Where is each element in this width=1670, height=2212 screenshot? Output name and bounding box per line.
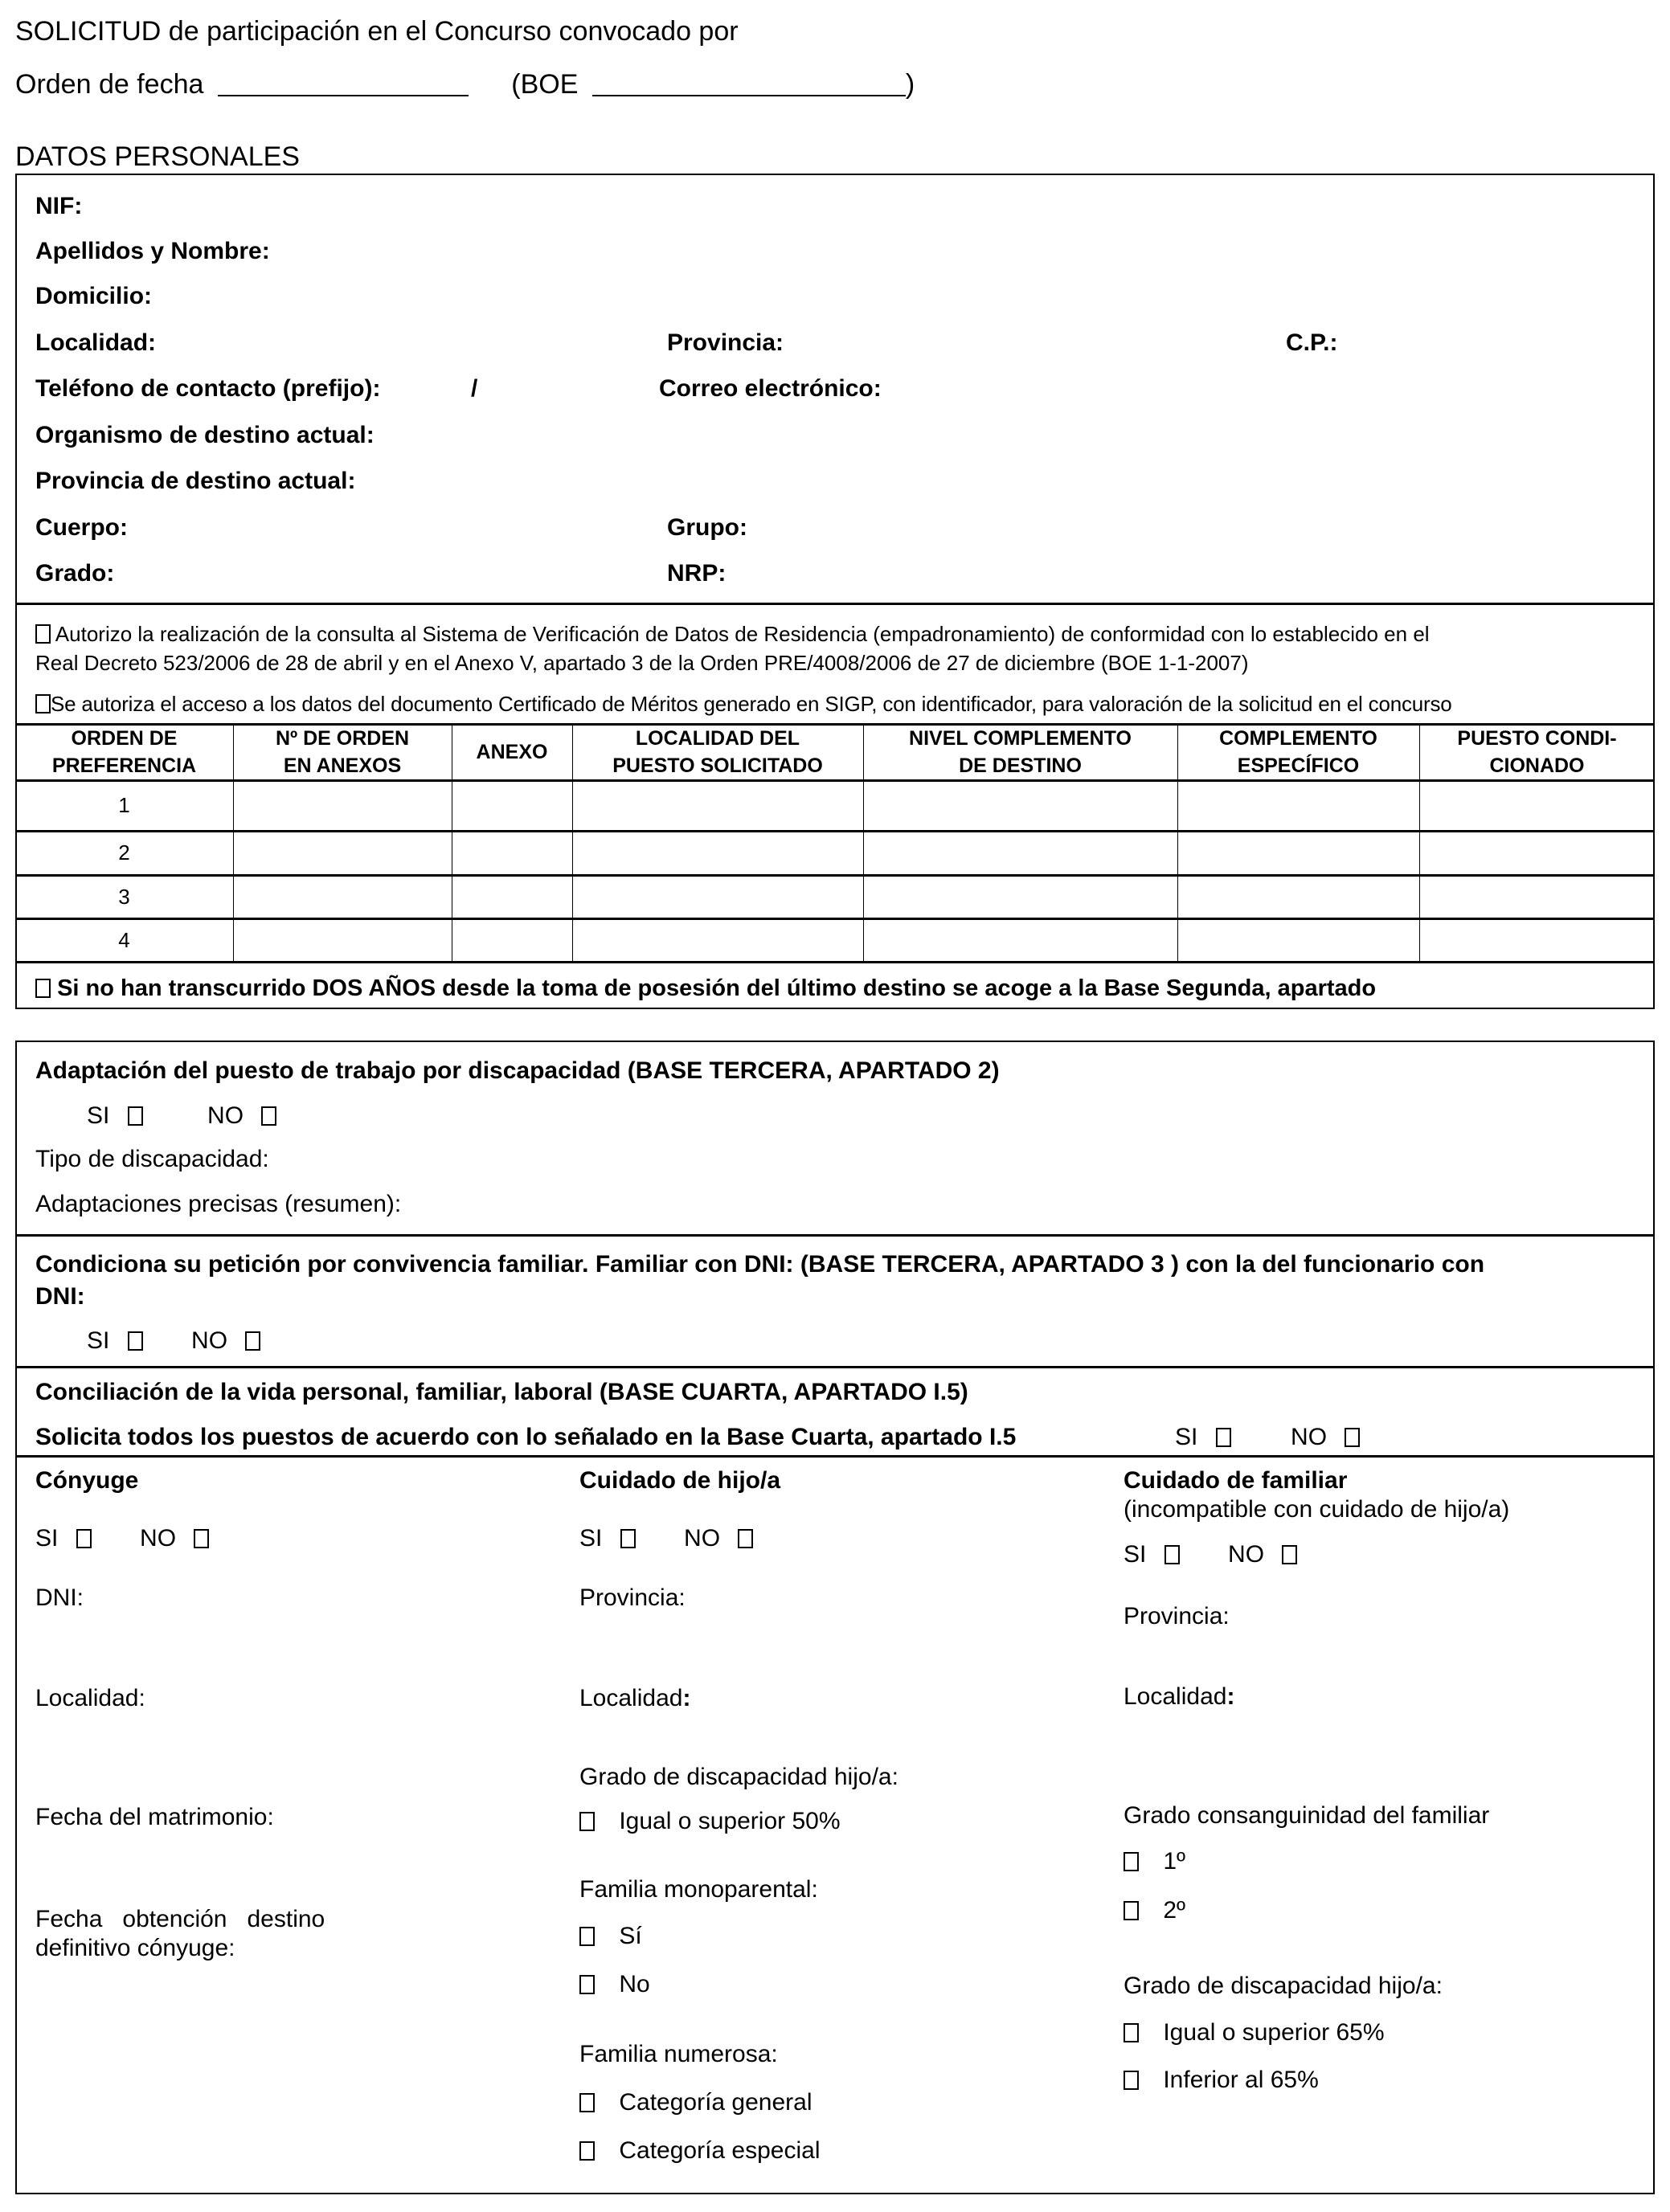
familiar-disc-65-label: Igual o superior 65%	[1163, 2019, 1384, 2046]
familiar-localidad-text: Localidad	[1124, 1683, 1226, 1710]
hijo-no-label: NO	[684, 1525, 720, 1552]
consent-residencia: Autorizo la realización de la consulta a…	[35, 622, 1430, 647]
table-cell[interactable]	[863, 780, 1177, 831]
consent-residencia-text-1: Autorizo la realización de la consulta a…	[55, 622, 1430, 646]
conciliacion-no-label: NO	[1291, 1424, 1327, 1450]
table-header: LOCALIDAD DELPUESTO SOLICITADO	[572, 724, 863, 780]
nrp-label[interactable]: NRP:	[667, 560, 726, 587]
numerosa-especial-checkbox[interactable]	[579, 2141, 595, 2161]
grado-1-label: 1º	[1163, 1848, 1185, 1875]
table-cell[interactable]	[572, 780, 863, 831]
familiar-disc-inf65-label: Inferior al 65%	[1163, 2067, 1318, 2093]
table-row-number: 2	[15, 831, 233, 875]
table-cell[interactable]	[1419, 831, 1655, 875]
familiar-disc-inf65: Inferior al 65%	[1124, 2067, 1319, 2094]
familiar-options: SI NO	[1124, 1541, 1297, 1568]
hijo-provincia-label[interactable]: Provincia:	[579, 1584, 686, 1612]
conyuge-title: Cónyuge	[35, 1467, 138, 1494]
hijo-si-label: SI	[579, 1525, 602, 1552]
table-cell[interactable]	[1177, 875, 1419, 918]
fecha-destino-label-1: Fecha obtención destino	[35, 1906, 325, 1933]
correo-label[interactable]: Correo electrónico:	[659, 375, 882, 403]
cp-label[interactable]: C.P.:	[1286, 329, 1337, 357]
table-cell[interactable]	[452, 918, 572, 962]
familiar-disc-65: Igual o superior 65%	[1124, 2019, 1385, 2046]
datos-personales-heading: DATOS PERSONALES	[15, 141, 300, 173]
telefono-separator: /	[471, 375, 477, 403]
nif-label[interactable]: NIF:	[35, 193, 82, 220]
hijo-localidad-text: Localidad	[579, 1685, 682, 1711]
divider	[15, 603, 1655, 605]
form-title: SOLICITUD de participación en el Concurs…	[15, 16, 739, 47]
table-header: COMPLEMENTOESPECÍFICO	[1177, 724, 1419, 780]
grupo-label[interactable]: Grupo:	[667, 514, 747, 542]
table-cell[interactable]	[233, 780, 452, 831]
domicilio-label[interactable]: Domicilio:	[35, 283, 152, 310]
table-cell[interactable]	[452, 780, 572, 831]
consent-residencia-text-2: Real Decreto 523/2006 de 28 de abril y e…	[35, 651, 1249, 676]
dos-anos-checkbox[interactable]	[35, 979, 51, 998]
hijo-grado-50-label: Igual o superior 50%	[619, 1808, 840, 1834]
adaptacion-title: Adaptación del puesto de trabajo por dis…	[35, 1057, 1000, 1085]
table-cell[interactable]	[863, 875, 1177, 918]
conyuge-no-label: NO	[140, 1525, 176, 1552]
convivencia-title-2: DNI:	[35, 1283, 85, 1310]
hijo-localidad-colon: :	[682, 1685, 690, 1711]
monoparental-no-checkbox[interactable]	[579, 1975, 595, 1994]
hijo-no-checkbox[interactable]	[738, 1529, 753, 1548]
hijo-localidad-label[interactable]: Localidad:	[579, 1685, 690, 1712]
numerosa-general-checkbox[interactable]	[579, 2093, 595, 2112]
conyuge-si-label: SI	[35, 1525, 58, 1552]
provincia-destino-label[interactable]: Provincia de destino actual:	[35, 468, 355, 495]
cuerpo-label[interactable]: Cuerpo:	[35, 514, 128, 542]
hijo-grado-option: Igual o superior 50%	[579, 1808, 841, 1835]
apellidos-label[interactable]: Apellidos y Nombre:	[35, 238, 270, 265]
solicita-todos-text: Solicita todos los puestos de acuerdo co…	[35, 1424, 1016, 1451]
adaptacion-options: SI NO	[87, 1102, 276, 1130]
table-cell[interactable]	[1177, 831, 1419, 875]
table-header: NIVEL COMPLEMENTODE DESTINO	[863, 724, 1177, 780]
fecha-matrimonio-label[interactable]: Fecha del matrimonio:	[35, 1804, 274, 1831]
numerosa-general: Categoría general	[579, 2089, 812, 2116]
adaptacion-no-label: NO	[207, 1102, 244, 1129]
monoparental-label: Familia monoparental:	[579, 1876, 818, 1903]
grado-1-checkbox[interactable]	[1124, 1852, 1139, 1871]
familiar-disc-65-checkbox[interactable]	[1124, 2023, 1139, 2042]
boe-open-label: (BOE	[511, 69, 578, 100]
numerosa-especial-label: Categoría especial	[619, 2137, 820, 2164]
table-cell[interactable]	[1177, 918, 1419, 962]
numerosa-label: Familia numerosa:	[579, 2041, 778, 2068]
conyuge-no-checkbox[interactable]	[194, 1529, 209, 1548]
table-cell[interactable]	[572, 875, 863, 918]
table-cell[interactable]	[233, 831, 452, 875]
familiar-si-label: SI	[1124, 1541, 1146, 1568]
hijo-grado-50-checkbox[interactable]	[579, 1812, 595, 1831]
adaptacion-no-checkbox[interactable]	[261, 1106, 276, 1126]
familiar-grado-disc-label: Grado de discapacidad hijo/a:	[1124, 1973, 1443, 2000]
monoparental-no-label: No	[619, 1971, 649, 1997]
grado-2-label: 2º	[1163, 1897, 1185, 1924]
consent-residencia-checkbox[interactable]	[35, 624, 51, 644]
convivencia-si-label: SI	[87, 1327, 109, 1354]
consanguinidad-label: Grado consanguinidad del familiar	[1124, 1802, 1489, 1830]
convivencia-no-checkbox[interactable]	[245, 1331, 260, 1351]
orden-fecha-field[interactable]	[218, 71, 469, 96]
adaptaciones-label[interactable]: Adaptaciones precisas (resumen):	[35, 1191, 401, 1218]
boe-close-label: )	[906, 69, 915, 100]
organismo-label[interactable]: Organismo de destino actual:	[35, 422, 375, 449]
table-row-number: 3	[15, 875, 233, 918]
tipo-discapacidad-label[interactable]: Tipo de discapacidad:	[35, 1146, 269, 1173]
grado-2: 2º	[1124, 1897, 1185, 1924]
familiar-disc-inf65-checkbox[interactable]	[1124, 2071, 1139, 2090]
table-cell[interactable]	[233, 918, 452, 962]
table-header: PUESTO CONDI-CIONADO	[1419, 724, 1655, 780]
convivencia-no-label: NO	[191, 1327, 227, 1354]
orden-line: Orden de fecha (BOE )	[15, 69, 915, 100]
convivencia-title-1: Condiciona su petición por convivencia f…	[35, 1251, 1484, 1278]
grado-label[interactable]: Grado:	[35, 560, 114, 587]
monoparental-si-checkbox[interactable]	[579, 1927, 595, 1946]
familiar-no-label: NO	[1228, 1541, 1264, 1568]
boe-field[interactable]	[592, 71, 906, 96]
table-cell[interactable]	[452, 831, 572, 875]
table-row-number: 4	[15, 918, 233, 962]
convivencia-si-checkbox[interactable]	[128, 1331, 143, 1351]
table-cell[interactable]	[863, 831, 1177, 875]
monoparental-no: No	[579, 1971, 650, 1998]
telefono-label[interactable]: Teléfono de contacto (prefijo):	[35, 375, 380, 403]
conciliacion-si-label: SI	[1175, 1424, 1197, 1450]
consent-meritos-checkbox[interactable]	[35, 694, 51, 713]
convivencia-options: SI NO	[87, 1327, 260, 1355]
localidad-label[interactable]: Localidad:	[35, 329, 156, 357]
monoparental-si-label: Sí	[619, 1923, 641, 1949]
conyuge-dni-label[interactable]: DNI:	[35, 1584, 84, 1612]
dos-anos-note: Si no han transcurrido DOS AÑOS desde la…	[35, 975, 1376, 1002]
table-cell[interactable]	[1419, 875, 1655, 918]
table-cell[interactable]	[452, 875, 572, 918]
conciliacion-no-checkbox[interactable]	[1345, 1428, 1360, 1447]
table-cell[interactable]	[233, 875, 452, 918]
familiar-localidad-label[interactable]: Localidad:	[1124, 1683, 1234, 1711]
hijo-title: Cuidado de hijo/a	[579, 1467, 780, 1494]
conciliacion-options: SI NO	[1175, 1424, 1360, 1451]
hijo-grado-disc-label: Grado de discapacidad hijo/a:	[579, 1764, 898, 1791]
familiar-provincia-label[interactable]: Provincia:	[1124, 1603, 1230, 1630]
familiar-localidad-colon: :	[1226, 1683, 1234, 1710]
consent-meritos-text: Se autoriza el acceso a los datos del do…	[51, 692, 1452, 716]
table-cell[interactable]	[1177, 780, 1419, 831]
provincia-label[interactable]: Provincia:	[667, 329, 784, 357]
dos-anos-text: Si no han transcurrido DOS AÑOS desde la…	[57, 975, 1376, 1001]
divider	[15, 1234, 1655, 1237]
familiar-title: Cuidado de familiar	[1124, 1467, 1347, 1494]
hijo-si-checkbox[interactable]	[620, 1529, 636, 1548]
hijo-options: SI NO	[579, 1525, 753, 1552]
grado-2-checkbox[interactable]	[1124, 1901, 1139, 1920]
consent-meritos: Se autoriza el acceso a los datos del do…	[35, 692, 1452, 717]
fecha-destino-label-2[interactable]: definitivo cónyuge:	[35, 1935, 235, 1962]
table-header: ORDEN DEPREFERENCIA	[15, 724, 233, 780]
table-header: ANEXO	[452, 724, 572, 780]
adaptacion-si-checkbox[interactable]	[128, 1106, 143, 1126]
adaptacion-si-label: SI	[87, 1102, 109, 1129]
table-cell[interactable]	[1419, 780, 1655, 831]
familiar-subtitle: (incompatible con cuidado de hijo/a)	[1124, 1496, 1509, 1523]
table-cell[interactable]	[572, 831, 863, 875]
divider	[15, 1366, 1655, 1368]
divider	[15, 1455, 1655, 1458]
table-row-number: 1	[15, 780, 233, 831]
conciliacion-si-checkbox[interactable]	[1216, 1428, 1231, 1447]
numerosa-general-label: Categoría general	[619, 2089, 812, 2116]
familiar-si-checkbox[interactable]	[1164, 1545, 1180, 1564]
conyuge-localidad-label[interactable]: Localidad:	[35, 1685, 145, 1712]
table-cell[interactable]	[572, 918, 863, 962]
monoparental-si: Sí	[579, 1923, 642, 1950]
table-cell[interactable]	[1419, 918, 1655, 962]
grado-1: 1º	[1124, 1848, 1185, 1875]
familiar-no-checkbox[interactable]	[1282, 1545, 1297, 1564]
orden-label: Orden de fecha	[15, 69, 203, 100]
conyuge-options: SI NO	[35, 1525, 209, 1552]
numerosa-especial: Categoría especial	[579, 2137, 821, 2165]
table-cell[interactable]	[863, 918, 1177, 962]
table-header: Nº DE ORDENEN ANEXOS	[233, 724, 452, 780]
conyuge-si-checkbox[interactable]	[76, 1529, 92, 1548]
conciliacion-title: Conciliación de la vida personal, famili…	[35, 1379, 968, 1406]
